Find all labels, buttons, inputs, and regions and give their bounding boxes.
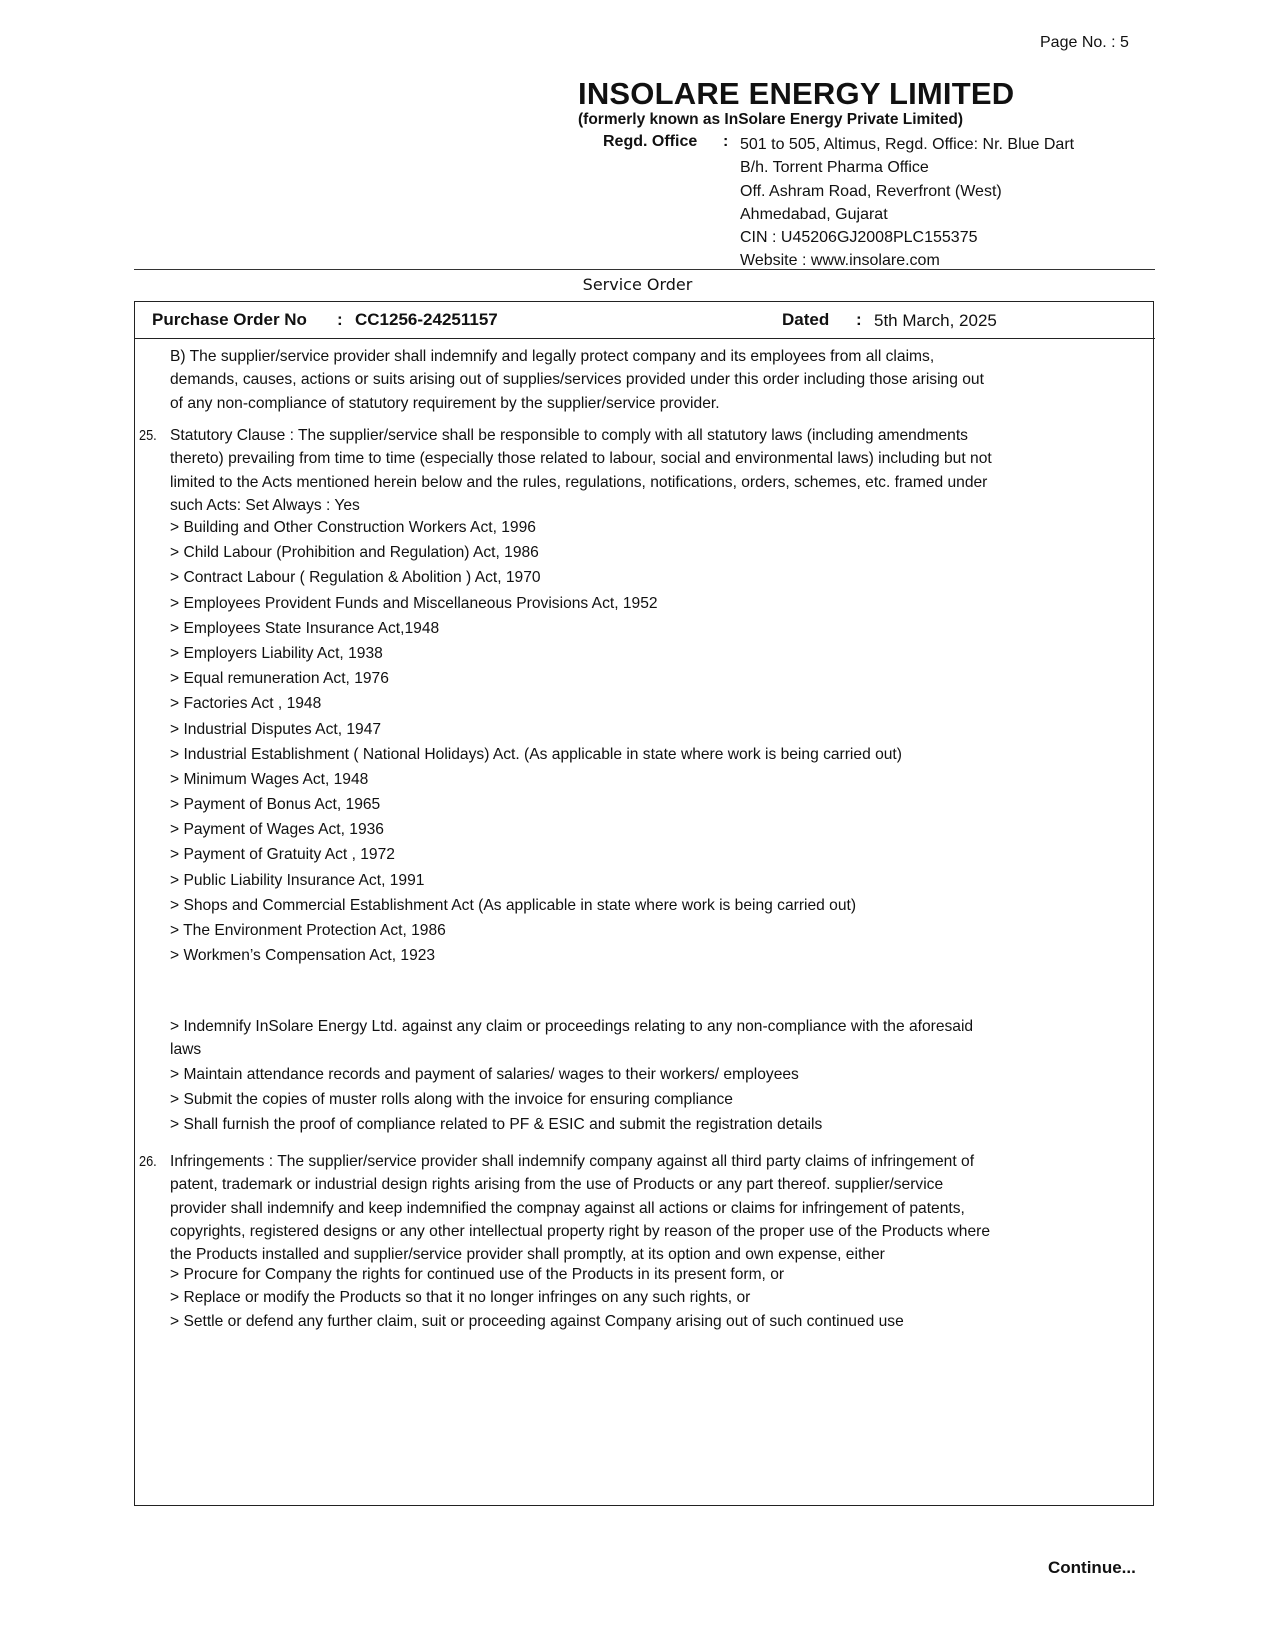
address-line: 501 to 505, Altimus, Regd. Office: Nr. B…: [740, 133, 1074, 156]
act-item: > Employees State Insurance Act,1948: [170, 616, 902, 641]
clause-b: B) The supplier/service provider shall i…: [170, 345, 984, 415]
document-type-title: Service Order: [0, 275, 1275, 294]
obligation-item: laws: [170, 1038, 973, 1061]
act-item: > Payment of Bonus Act, 1965: [170, 792, 902, 817]
act-item: > Building and Other Construction Worker…: [170, 515, 902, 540]
purchase-order-number: CC1256-24251157: [355, 310, 498, 330]
option-item: > Settle or defend any further claim, su…: [170, 1310, 904, 1333]
option-item: > Procure for Company the rights for con…: [170, 1263, 904, 1286]
clause-b-line: B) The supplier/service provider shall i…: [170, 345, 984, 368]
company-name: INSOLARE ENERGY LIMITED: [578, 76, 1014, 112]
act-item: > Public Liability Insurance Act, 1991: [170, 868, 902, 893]
act-item: > Shops and Commercial Establishment Act…: [170, 893, 902, 918]
act-item: > Employees Provident Funds and Miscella…: [170, 591, 902, 616]
act-item: > Equal remuneration Act, 1976: [170, 666, 902, 691]
clause-25-intro: Statutory Clause : The supplier/service …: [170, 424, 992, 517]
purchase-order-label: Purchase Order No: [152, 310, 307, 330]
header-divider: [134, 269, 1155, 270]
clause-26-line: provider shall indemnify and keep indemn…: [170, 1197, 990, 1220]
obligation-item: > Maintain attendance records and paymen…: [170, 1062, 973, 1087]
obligation-item: > Submit the copies of muster rolls alon…: [170, 1087, 973, 1112]
act-item: > Minimum Wages Act, 1948: [170, 767, 902, 792]
act-item: > Industrial Establishment ( National Ho…: [170, 742, 902, 767]
clause-26-intro: Infringements : The supplier/service pro…: [170, 1150, 990, 1266]
page-number: Page No. : 5: [1040, 34, 1129, 52]
clause-26-line: patent, trademark or industrial design r…: [170, 1173, 990, 1196]
act-item: > Child Labour (Prohibition and Regulati…: [170, 540, 902, 565]
order-row-divider: [134, 338, 1155, 339]
obligation-item: > Indemnify InSolare Energy Ltd. against…: [170, 1015, 973, 1038]
regd-office-address: 501 to 505, Altimus, Regd. Office: Nr. B…: [740, 133, 1074, 273]
clause-25-line: thereto) prevailing from time to time (e…: [170, 447, 992, 470]
order-date: 5th March, 2025: [874, 311, 997, 331]
address-line: B/h. Torrent Pharma Office: [740, 156, 1074, 179]
clause-25-number: 25.: [139, 427, 157, 444]
act-item: > Payment of Wages Act, 1936: [170, 817, 902, 842]
statutory-acts-list: > Building and Other Construction Worker…: [170, 515, 902, 968]
act-item: > Payment of Gratuity Act , 1972: [170, 842, 902, 867]
act-item: > The Environment Protection Act, 1986: [170, 918, 902, 943]
clause-26-line: Infringements : The supplier/service pro…: [170, 1150, 990, 1173]
clause-b-line: of any non-compliance of statutory requi…: [170, 392, 984, 415]
act-item: > Workmen’s Compensation Act, 1923: [170, 943, 902, 968]
obligation-item: > Shall furnish the proof of compliance …: [170, 1112, 973, 1137]
dated-label: Dated: [782, 310, 829, 330]
dated-colon: :: [856, 310, 862, 330]
clause-25-line: Statutory Clause : The supplier/service …: [170, 424, 992, 447]
infringement-options: > Procure for Company the rights for con…: [170, 1263, 904, 1333]
address-line: Off. Ashram Road, Reverfront (West): [740, 180, 1074, 203]
clause-26-line: copyrights, registered designs or any ot…: [170, 1220, 990, 1243]
address-line: Ahmedabad, Gujarat: [740, 203, 1074, 226]
cin-number: CIN : U45206GJ2008PLC155375: [740, 226, 1074, 249]
clause-25-line: such Acts: Set Always : Yes: [170, 494, 992, 517]
compliance-obligations: > Indemnify InSolare Energy Ltd. against…: [170, 1015, 973, 1137]
act-item: > Contract Labour ( Regulation & Aboliti…: [170, 565, 902, 590]
regd-office-label: Regd. Office: [603, 133, 697, 151]
clause-26-number: 26.: [139, 1153, 157, 1170]
regd-office-colon: :: [723, 133, 728, 151]
act-item: > Employers Liability Act, 1938: [170, 641, 902, 666]
clause-b-line: demands, causes, actions or suits arisin…: [170, 368, 984, 391]
option-item: > Replace or modify the Products so that…: [170, 1286, 904, 1309]
act-item: > Factories Act , 1948: [170, 691, 902, 716]
company-formerly-known: (formerly known as InSolare Energy Priva…: [578, 111, 963, 129]
act-item: > Industrial Disputes Act, 1947: [170, 717, 902, 742]
purchase-order-colon: :: [337, 310, 343, 330]
continue-label: Continue...: [1048, 1558, 1136, 1578]
clause-25-line: limited to the Acts mentioned herein bel…: [170, 471, 992, 494]
